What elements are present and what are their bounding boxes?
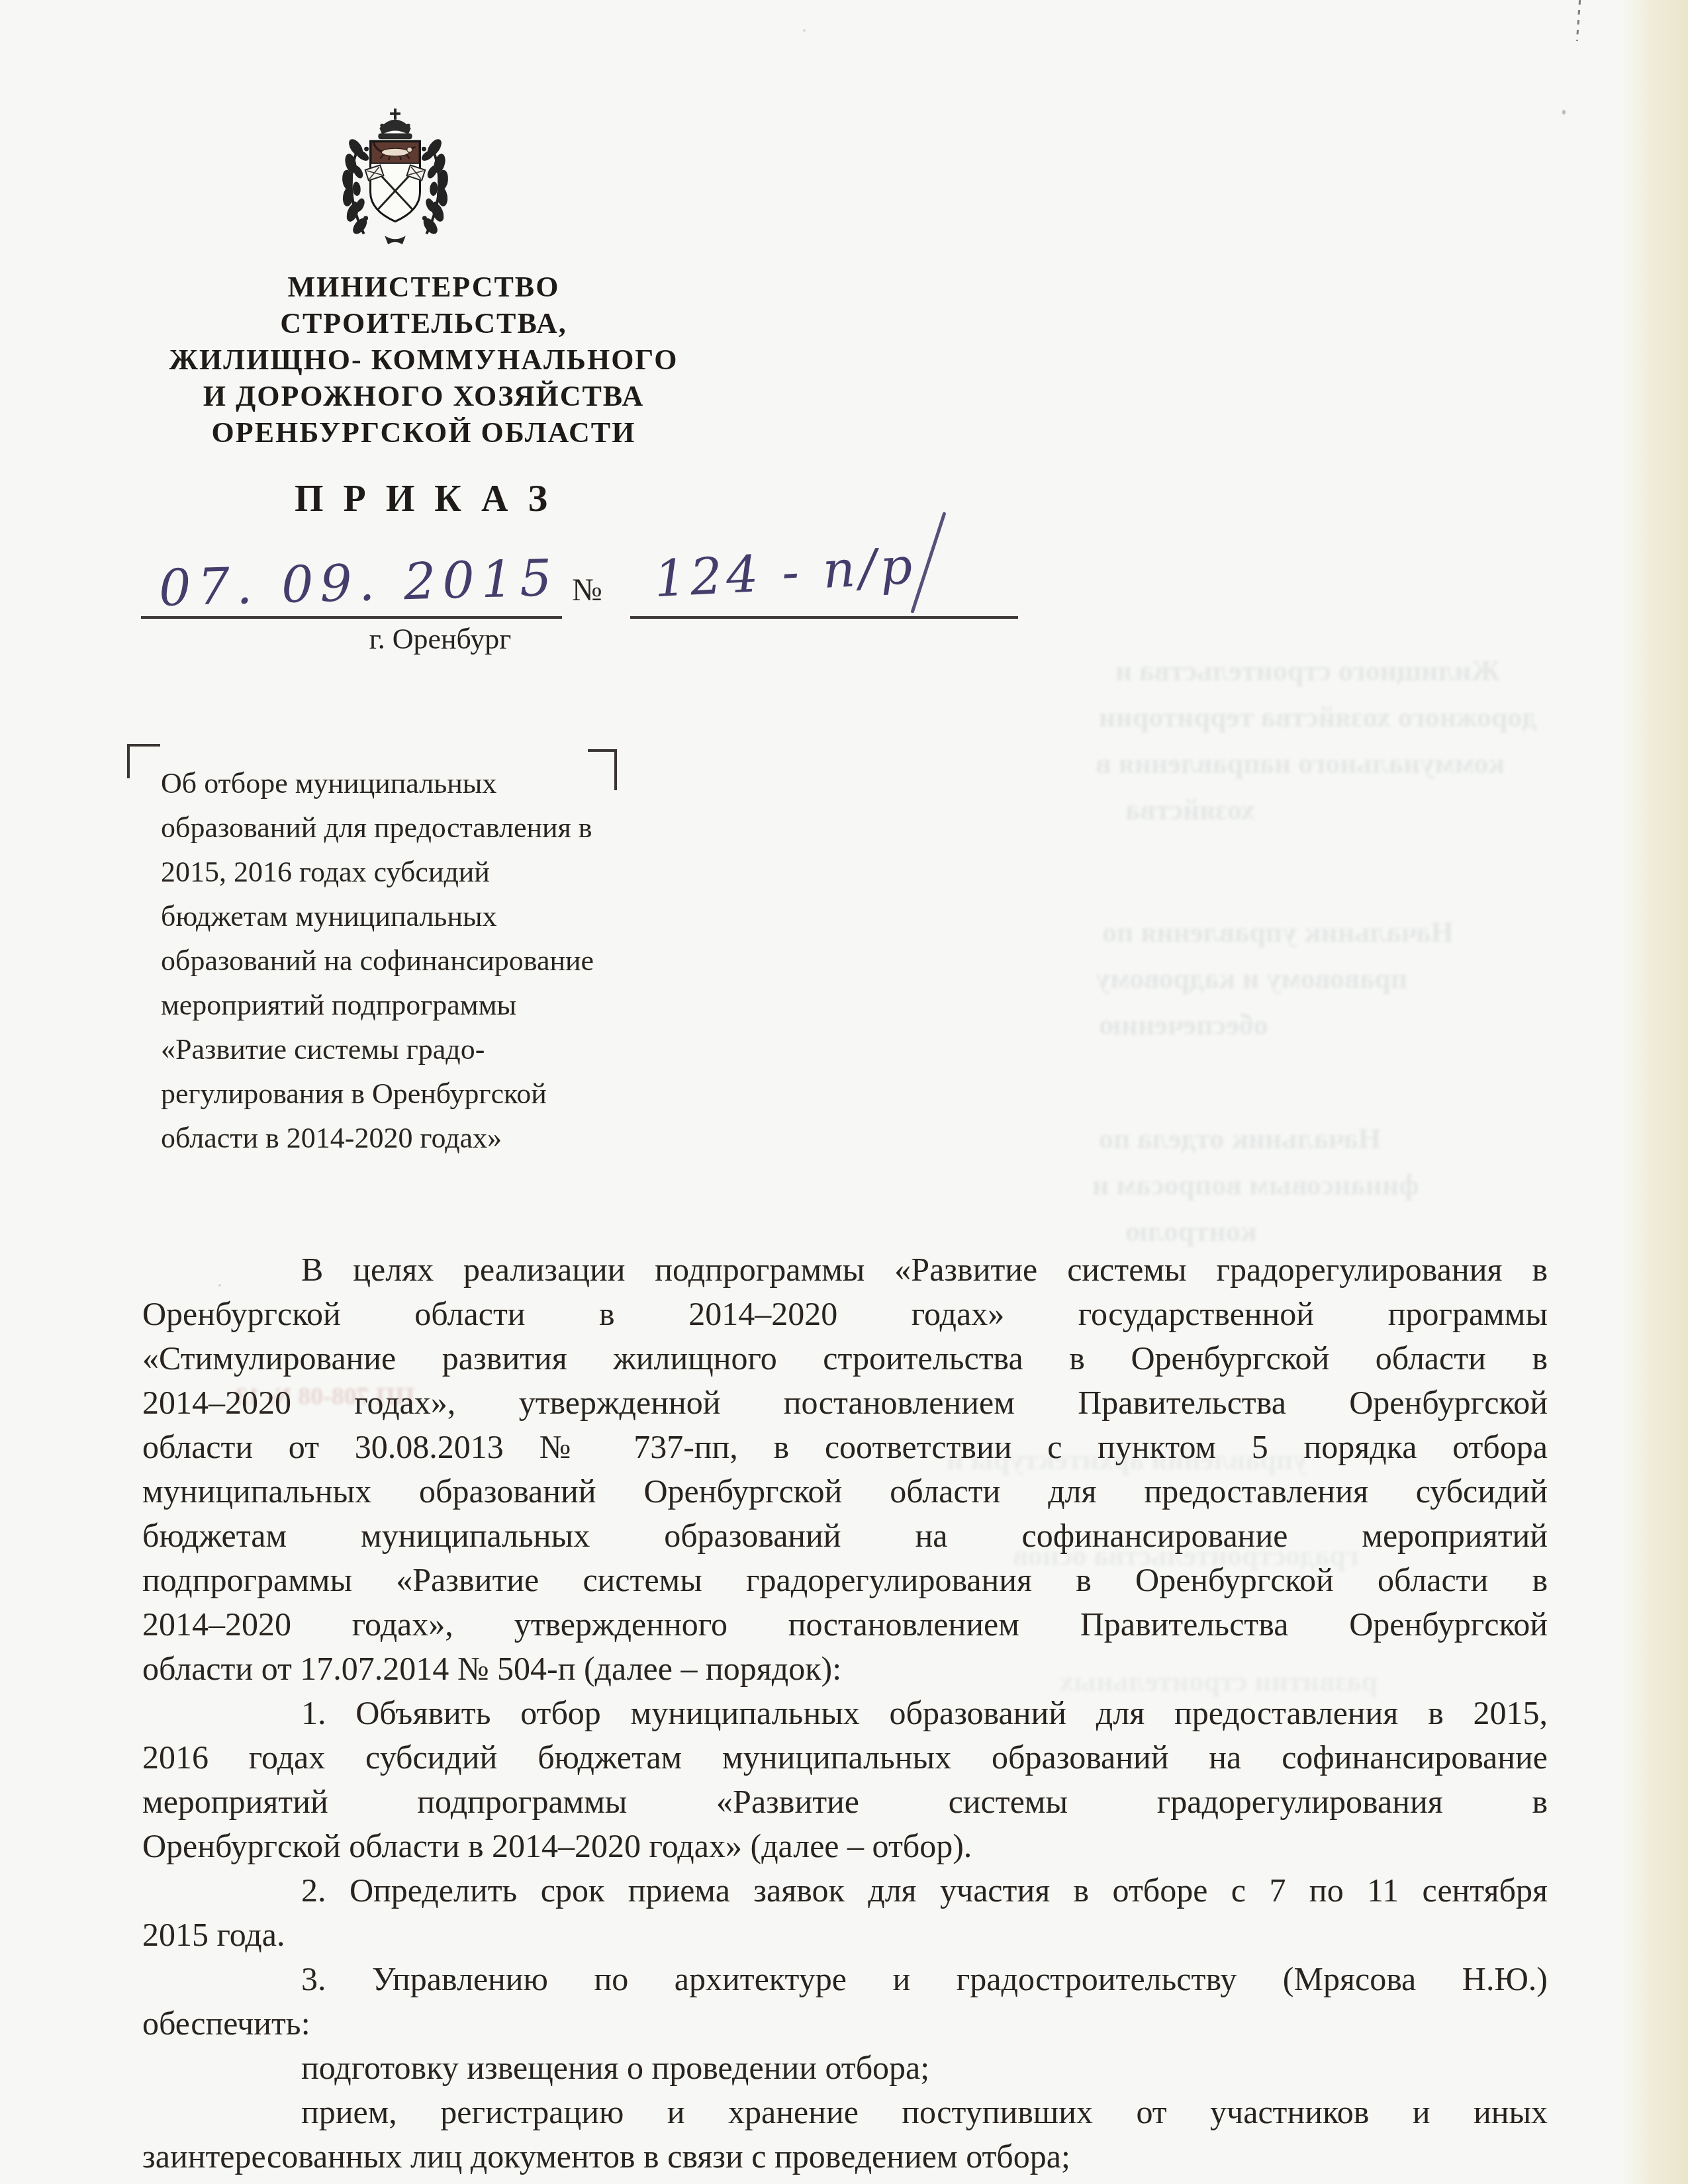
body-line: 3. Управлению по архитектуре и градостро… — [142, 1957, 1548, 2001]
ministry-name: МИНИСТЕРСТВО СТРОИТЕЛЬСТВА, ЖИЛИЩНО- КОМ… — [113, 269, 735, 451]
body-line: заинтересованных лиц документов в связи … — [142, 2134, 1548, 2179]
order-title: П Р И К А З — [113, 478, 735, 520]
subject-line: мероприятий подпрограммы — [161, 983, 635, 1027]
order-subject: Об отборе муниципальных образований для … — [161, 761, 635, 1160]
orenburg-coat-of-arms-icon — [336, 106, 454, 253]
scanned-order-document: МИНИСТЕРСТВО СТРОИТЕЛЬСТВА, ЖИЛИЩНО- КОМ… — [0, 0, 1688, 2184]
body-line: 1. Объявить отбор муниципальных образова… — [142, 1691, 1548, 1735]
subject-line: 2015, 2016 годах субсидий — [161, 850, 635, 894]
scan-speck — [803, 29, 806, 32]
order-number-handwritten: 124 - п/р — [653, 536, 917, 609]
ghost-bleedthrough-line: дорожного хозяйства территории — [1099, 700, 1536, 734]
subject-line: бюджетам муниципальных — [161, 894, 635, 938]
ghost-bleedthrough-line: Начальник отдела по — [1099, 1122, 1381, 1156]
order-date-handwritten: 07. 09. 2015 — [158, 548, 559, 617]
number-sign: № — [572, 572, 602, 608]
scan-edge-shading — [1622, 0, 1688, 2184]
scan-speck — [1562, 110, 1566, 114]
number-underline — [630, 616, 1018, 619]
order-body: В целях реализации подпрограммы «Развити… — [142, 1248, 1548, 2179]
subject-corner-bracket-left — [127, 744, 160, 778]
body-line: обеспечить: — [142, 2001, 1548, 2046]
ministry-name-line: ЖИЛИЩНО- КОММУНАЛЬНОГО — [113, 341, 735, 378]
ghost-bleedthrough-line: контролю — [1125, 1214, 1256, 1248]
subject-line: образований для предоставления в — [161, 805, 635, 850]
subject-line: «Развитие системы градо- — [161, 1027, 635, 1071]
ghost-bleedthrough-line: финансовым вопросам и — [1092, 1168, 1419, 1202]
ghost-bleedthrough-line: хозяйства — [1125, 793, 1255, 827]
body-line: области от 17.07.2014 № 504-п (далее – п… — [142, 1647, 1548, 1691]
ghost-bleedthrough-line: коммунального направления в — [1096, 747, 1505, 780]
body-line: подпрограммы «Развитие системы градорегу… — [142, 1558, 1548, 1602]
body-line: муниципальных образований Оренбургской о… — [142, 1469, 1548, 1514]
city-line: г. Оренбург — [136, 622, 745, 656]
ghost-bleedthrough-line: правовому и кадровому — [1096, 962, 1407, 995]
body-line: бюджетам муниципальных образований на со… — [142, 1514, 1548, 1558]
subject-line: регулирования в Оренбургской — [161, 1071, 635, 1116]
body-line: 2015 года. — [142, 1913, 1548, 1957]
body-line: мероприятий подпрограммы «Развитие систе… — [142, 1780, 1548, 1824]
body-line: Оренбургской области в 2014–2020 годах» … — [142, 1292, 1548, 1336]
ghost-bleedthrough-line: Начальник управления по — [1102, 915, 1454, 949]
body-line: подготовку извещения о проведении отбора… — [142, 2046, 1548, 2090]
pen-scratch-mark — [1576, 0, 1581, 41]
body-line: 2016 годах субсидий бюджетам муниципальн… — [142, 1735, 1548, 1780]
ministry-name-line: МИНИСТЕРСТВО — [113, 269, 735, 305]
ministry-name-line: СТРОИТЕЛЬСТВА, — [113, 305, 735, 341]
body-line: 2. Определить срок приема заявок для уча… — [142, 1868, 1548, 1913]
body-line: «Стимулирование развития жилищного строи… — [142, 1336, 1548, 1381]
body-line: Оренбургской области в 2014–2020 годах» … — [142, 1824, 1548, 1868]
ghost-bleedthrough-line: Жилищного строительства и — [1115, 654, 1500, 688]
ministry-name-line: ОРЕНБУРГСКОЙ ОБЛАСТИ — [113, 414, 735, 451]
subject-line: Об отборе муниципальных — [161, 761, 635, 805]
date-underline — [141, 616, 562, 619]
body-line: 2014–2020 годах», утвержденной постановл… — [142, 1381, 1548, 1425]
subject-line: образований на софинансирование — [161, 938, 635, 983]
body-line: В целях реализации подпрограммы «Развити… — [142, 1248, 1548, 1292]
ministry-name-line: И ДОРОЖНОГО ХОЗЯЙСТВА — [113, 378, 735, 414]
ghost-bleedthrough-line: обеспечению — [1099, 1008, 1268, 1042]
subject-line: области в 2014-2020 годах» — [161, 1116, 635, 1160]
body-line: прием, регистрацию и хранение поступивши… — [142, 2090, 1548, 2134]
body-line: области от 30.08.2013 № 737-пп, в соотве… — [142, 1425, 1548, 1469]
body-line: 2014–2020 годах», утвержденного постанов… — [142, 1602, 1548, 1647]
